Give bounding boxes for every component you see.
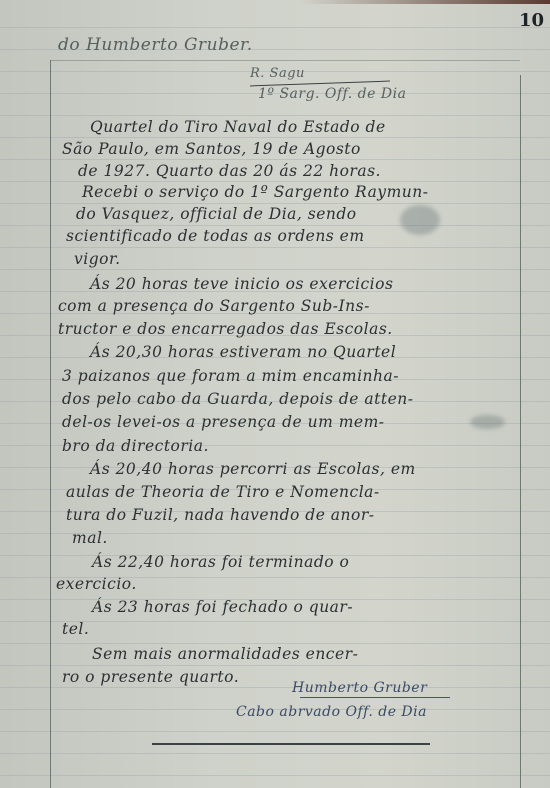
entry-line: Ás 20,30 horas estiveram no Quartel <box>90 343 396 361</box>
signature-underline-bottom <box>300 697 450 698</box>
page-number: 10 <box>519 10 544 31</box>
entry-line: tel. <box>62 620 89 638</box>
closing-rule-line <box>152 743 430 745</box>
left-margin-line <box>50 60 51 788</box>
right-margin-line <box>520 75 521 788</box>
entry-line: São Paulo, em Santos, 19 de Agosto <box>62 140 361 158</box>
entry-line: Sem mais anormalidades encer- <box>92 645 358 663</box>
entry-line: exercicio. <box>56 575 137 593</box>
logbook-page: 10 do Humberto Gruber. R. Sagu 1º Sarg. … <box>0 0 550 788</box>
ink-stain <box>470 415 505 429</box>
entry-line: Ás 20 horas teve inicio os exercicios <box>90 275 393 293</box>
entry-line: Recebi o serviço do 1º Sargento Raymun- <box>82 183 428 201</box>
entry-line: Ás 23 horas foi fechado o quar- <box>92 598 353 616</box>
entry-line: com a presença do Sargento Sub-Ins- <box>58 297 370 315</box>
entry-line: Ás 20,40 horas percorri as Escolas, em <box>90 460 416 478</box>
top-rule-line <box>50 60 520 61</box>
entry-line: aulas de Theoria de Tiro e Nomencla- <box>66 483 380 501</box>
continuation-line: do Humberto Gruber. <box>58 35 253 55</box>
entry-line: vigor. <box>74 250 121 268</box>
page-edge-shadow <box>300 0 550 4</box>
entry-line: Quartel do Tiro Naval do Estado de <box>90 118 386 136</box>
entry-line: ro o presente quarto. <box>62 668 239 686</box>
entry-line: dos pelo cabo da Guarda, depois de atten… <box>62 390 413 408</box>
entry-line: de 1927. Quarto das 20 ás 22 horas. <box>78 162 381 180</box>
entry-line: tura do Fuzil, nada havendo de anor- <box>66 506 375 524</box>
entry-line: del-os levei-os a presença de um mem- <box>62 413 385 431</box>
entry-line: do Vasquez, official de Dia, sendo <box>76 205 357 223</box>
officer-title-top: 1º Sarg. Off. de Dia <box>258 86 406 102</box>
entry-line: Ás 22,40 horas foi terminado o <box>92 553 349 571</box>
entry-line: 3 paizanos que foram a mim encaminha- <box>62 367 399 385</box>
officer-title-bottom: Cabo abrvado Off. de Dia <box>236 704 427 720</box>
officer-signature-bottom: Humberto Gruber <box>292 680 427 696</box>
entry-line: mal. <box>72 529 108 547</box>
entry-line: bro da directoria. <box>62 437 209 455</box>
ink-stain <box>400 205 440 235</box>
entry-line: scientificado de todas as ordens em <box>66 227 365 245</box>
entry-line: tructor e dos encarregados das Escolas. <box>58 320 393 338</box>
officer-signature-top: R. Sagu <box>250 66 305 81</box>
